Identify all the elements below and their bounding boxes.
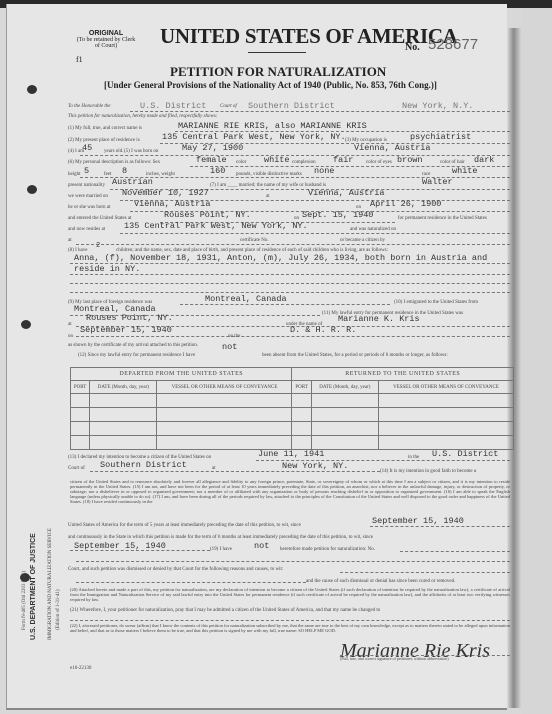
nationality-label: present nationality [68,183,105,188]
declared-court: U.S. District [432,449,498,459]
column-header: DATE (Month, day, year) [90,381,157,394]
declared-date: June 11, 1941 [258,449,324,459]
number-label: No. [405,42,420,53]
printer-code: e16-22130 [70,666,91,671]
spouse-birth-date: April 26, 1900 [370,199,441,209]
entry-date: September 15, 1940 [80,325,172,335]
entered-suffix: for permanent residence in the United St… [398,216,487,221]
residence-us-text: United States of America for the term of… [68,523,301,528]
distinctive-marks: none [314,166,334,176]
title-rule [248,52,306,53]
form-edition: (Edition of 1-31-41) [56,589,61,630]
certificate-label: certificate No. [240,238,269,243]
signature-caption: (Full, true, and correct signature of pe… [340,656,449,661]
entered-label: and entered the United States at [68,216,131,221]
petition-number: 528677 [428,36,478,53]
children-count: 2 [96,242,100,250]
mark: f1 [76,55,83,64]
absent-value: not [222,342,237,352]
prior-petition: not [254,541,269,551]
oath-paragraph: citizen of the United States and to reno… [70,479,510,504]
q20-paragraph: (20) Attached hereto and made a part of … [70,587,510,602]
spouse-name: Walter [422,177,453,187]
form-number: Form N-405 (Old 2203 L-21) [22,571,27,630]
column-header: DATE (Month, day, year) [311,381,378,394]
q12-suffix: been absent from the United States, for … [262,353,448,358]
children-line-2: reside in NY. [74,264,140,274]
residence: 135 Central Park West, New York, NY. [162,132,346,142]
resides-label: and now resides at [68,227,105,232]
spouse-residence: 135 Central Park West, New York, NY. [124,221,308,231]
hair-label: color of hair [440,160,465,165]
married-at-label: at [266,194,270,199]
color: white [264,155,290,165]
citizen-by-label: or became a citizen by [340,238,385,243]
punch-hole-icon [27,85,37,94]
complexion: fair [333,155,353,165]
q21-text: (21) Wherefore, I, your petitioner for n… [70,608,380,613]
petitioner-name: MARIANNE RIE KRIS, also MARIANNE KRIS [178,121,367,131]
declared-district: Southern District [100,460,187,470]
table-row [71,394,514,408]
punch-hole-icon [21,320,31,329]
naturalized-label: and was naturalized on [350,227,396,232]
spouse-birthplace: Vienna, Austria [134,199,211,209]
q22-paragraph: (22) I, aforesaid petitioner, do swear (… [70,623,510,633]
spouse-born-label: he or she was born at [68,205,110,210]
q14-text: (14) It is my intention in good faith to… [380,469,476,474]
q6-label: (6) My personal description is as follow… [68,160,160,165]
sex: female [196,155,227,165]
race: white [452,166,478,176]
residence-us-since: September 15, 1940 [372,516,464,526]
cured-text: and the cause of such dismissal or denia… [306,579,455,584]
column-header: PORT [292,381,311,394]
intro-text: This petition for naturalization, hereby… [68,114,217,119]
column-header: PORT [71,381,90,394]
table-row [71,422,514,436]
color-label: color [236,160,246,165]
foreign-residence: Montreal, Canada [205,294,287,304]
nationality: Austrian [112,177,153,187]
q5-label: (5) I was born on [124,149,158,154]
table-row [71,436,514,450]
declared-place: New York, NY. [282,461,348,471]
age-suffix: years old. [104,149,123,154]
entered-port: Rouses Point, NY. [164,210,251,220]
entry-on-label: on [68,334,73,339]
punch-hole-icon [27,185,37,194]
court-name: U.S. District [140,101,206,111]
court-prefix: To the Honorable the [68,104,110,109]
married-date: November 10, 1927 [122,188,209,198]
residence-state-text: and continuously in the State in which t… [68,535,373,540]
entry-vessel: D. & H. R. R. [290,325,356,335]
q19-label: (19) I have [210,547,232,552]
married-place: Vienna, Austria [308,188,385,198]
q10-label: (10) I emigrated to the United States fr… [394,300,478,305]
scan-background [522,8,552,714]
q1-label: (1) My full, true, and correct name is [68,126,142,131]
q12-label: (12) Since my lawful entry for permanent… [78,353,195,358]
complexion-label: complexion [292,160,316,165]
height-feet: 5 [84,166,89,176]
eyes: brown [397,155,423,165]
court-district: Southern District [248,101,335,111]
form-title: PETITION FOR NATURALIZATION [170,64,386,80]
hair: dark [474,155,494,165]
original-label: ORIGINAL [89,30,123,37]
column-header: VESSEL OR OTHER MEANS OF CONVEYANCE [157,381,292,394]
department-label: U.S. DEPARTMENT OF JUSTICE [30,533,37,640]
eyes-label: color of eyes [366,160,392,165]
absence-table: DEPARTED FROM THE UNITED STATES RETURNED… [70,367,514,450]
table-row [71,408,514,422]
arrival-note: as shown by the certificate of my arriva… [68,343,198,348]
court-location: New York, N.Y. [402,101,473,111]
departed-header: DEPARTED FROM THE UNITED STATES [71,368,292,381]
weight: 160 [210,166,225,176]
column-header: VESSEL OR OTHER MEANS OF CONVEYANCE [378,381,513,394]
married-label: we were married on [68,194,108,199]
entry-port: Rouses Point, NY. [86,313,173,323]
service-label: IMMIGRATION AND NATURALIZATION SERVICE [48,528,53,640]
entry-at-label: at [68,322,72,327]
age: 45 [82,143,92,153]
q19-suffix: heretofore made petition for naturalizat… [280,547,375,552]
form-provisions: [Under General Provisions of the Nationa… [104,80,437,90]
birth-place: Vienna, Austria [354,143,431,153]
returned-header: RETURNED TO THE UNITED STATES [292,368,514,381]
original-stamp: ORIGINAL (To be retained by Clerk of Cou… [76,30,136,49]
q2-label: (2) My present place of residence is [68,138,140,143]
entered-date: Sept. 15, 1940 [302,210,373,220]
height-label: height [68,172,81,177]
court-dismissed-text: Court, and such petition was dismissed o… [68,567,283,572]
court-of-label: Court of [220,104,237,109]
height-inches: 8 [122,166,127,176]
entry-name: Marianne K. Kris [338,314,420,324]
occupation: psychiatrist [410,132,471,142]
original-note: (To be retained by Clerk of Court) [76,37,136,49]
birth-date: May 27, 1900 [182,143,243,153]
children-line-1: Anna, (f), November 18, 1931, Anton, (m)… [74,253,487,263]
court-of-label-2: Court of [68,466,85,471]
